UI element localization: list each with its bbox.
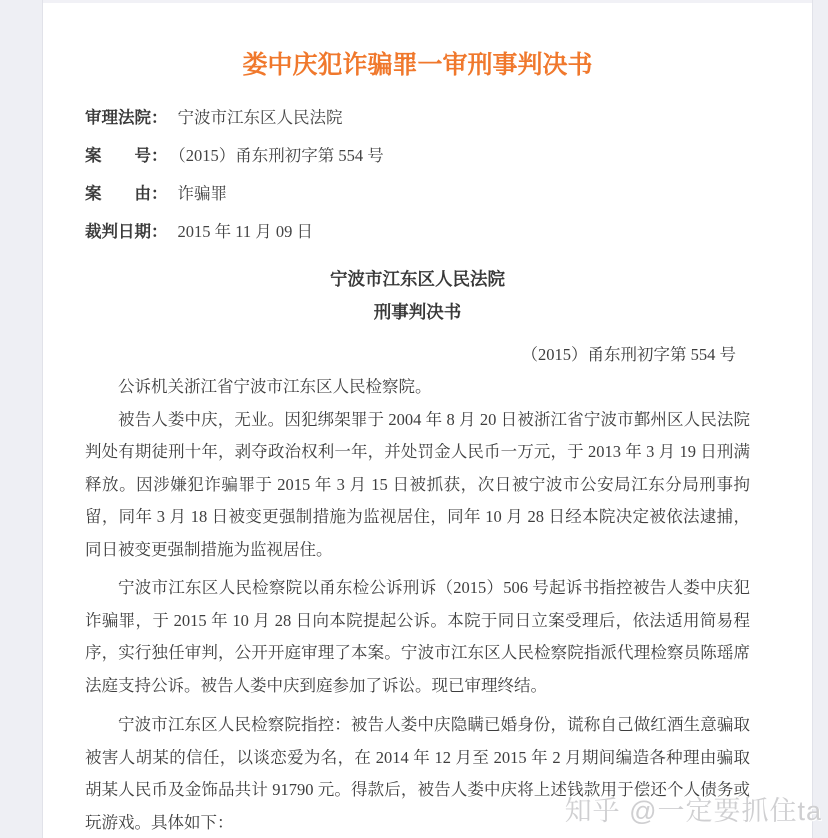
meta-label-cause: 案 由： [85,185,168,203]
document-content: 娄中庆犯诈骗罪一审刑事判决书 审理法院：宁波市江东区人民法院 案 号：（2015… [85,0,750,838]
paragraph-prosecution-organ: 公诉机关浙江省宁波市江东区人民检察院。 [85,371,750,404]
document-type-heading: 刑事判决书 [85,296,750,329]
page-right-margin [812,0,828,838]
meta-label-case-number: 案 号： [85,147,168,165]
paragraph-procedure: 宁波市江东区人民检察院以甬东检公诉刑诉（2015）506 号起诉书指控被告人娄中… [85,572,750,702]
zhihu-watermark: 知乎 @一定要抓住ta [565,789,822,828]
paragraph-defendant-info: 被告人娄中庆，无业。因犯绑架罪于 2004 年 8 月 20 日被浙江省宁波市鄞… [85,404,750,567]
court-name-heading: 宁波市江东区人民法院 [85,263,750,296]
case-meta-block: 审理法院：宁波市江东区人民法院 案 号：（2015）甬东刑初字第 554 号 案… [85,99,750,251]
document-title: 娄中庆犯诈骗罪一审刑事判决书 [85,0,750,83]
meta-row-judgment-date: 裁判日期：2015 年 11 月 09 日 [85,213,750,251]
judgment-document-page: 娄中庆犯诈骗罪一审刑事判决书 审理法院：宁波市江东区人民法院 案 号：（2015… [0,0,828,838]
meta-label-judgment-date: 裁判日期： [85,223,168,241]
page-left-margin [0,0,43,838]
meta-value-cause: 诈骗罪 [178,184,228,203]
meta-row-court: 审理法院：宁波市江东区人民法院 [85,99,750,137]
meta-row-cause: 案 由：诈骗罪 [85,175,750,213]
meta-value-case-number: （2015）甬东刑初字第 554 号 [178,146,384,165]
case-number-line: （2015）甬东刑初字第 554 号 [85,338,750,371]
meta-value-judgment-date: 2015 年 11 月 09 日 [178,222,314,241]
meta-value-court: 宁波市江东区人民法院 [178,108,343,127]
meta-row-case-number: 案 号：（2015）甬东刑初字第 554 号 [85,137,750,175]
meta-label-court: 审理法院： [85,109,168,127]
